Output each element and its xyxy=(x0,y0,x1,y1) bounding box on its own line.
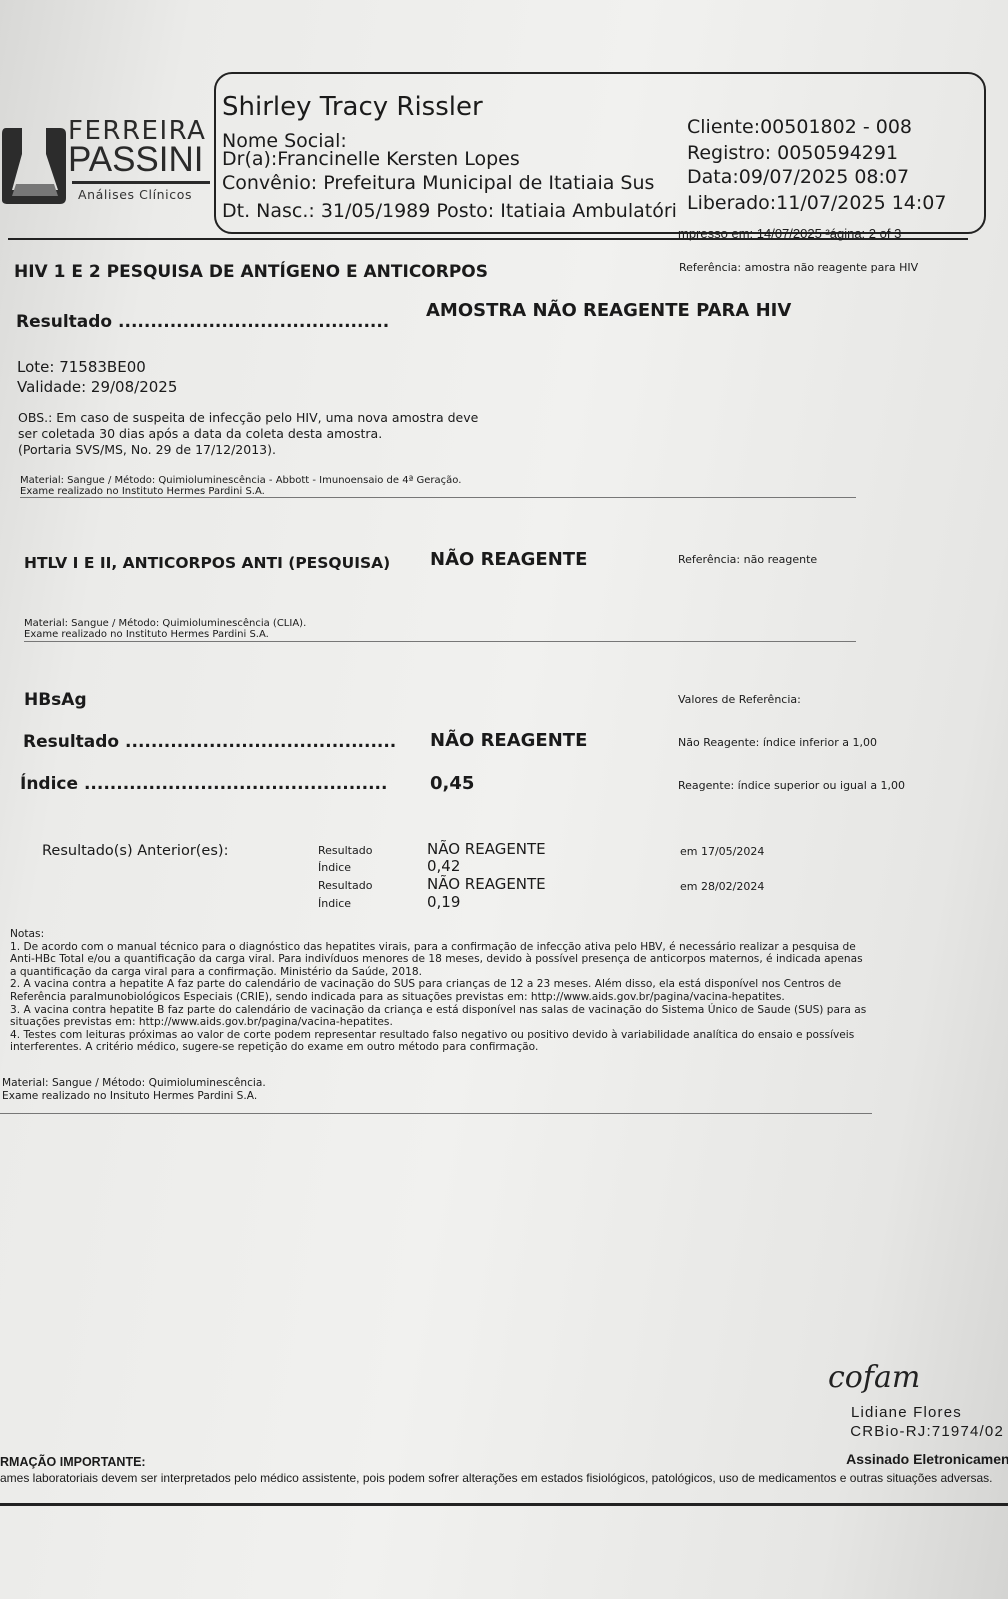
note-line: interferentes. A critério médico, sugere… xyxy=(10,1041,1000,1054)
signed-electronically: Assinado Eletronicamente xyxy=(846,1451,1008,1467)
htlv-title: HTLV I E II, ANTICORPOS ANTI (PESQUISA) xyxy=(24,554,390,572)
prev-index-label: Índice xyxy=(318,897,351,910)
prev-result-label: Resultado xyxy=(318,879,372,892)
hiv-result-label: Resultado ..............................… xyxy=(16,312,389,332)
hiv-obs-line: (Portaria SVS/MS, No. 29 de 17/12/2013). xyxy=(18,442,478,458)
note-line: 2. A vacina contra a hepatite A faz part… xyxy=(10,978,1000,991)
note-line: 4. Testes com leituras próximas ao valor… xyxy=(10,1029,1000,1042)
hbsag-index-label: Índice .................................… xyxy=(20,774,387,794)
hiv-validity: Validade: 29/08/2025 xyxy=(17,378,177,396)
client-id: Cliente:00501802 - 008 xyxy=(687,116,912,138)
signer-name: Lidiane Flores xyxy=(851,1404,962,1421)
footer-title: RMAÇÃO IMPORTANTE: xyxy=(0,1455,146,1469)
note-line: Anti-HBc Total e/ou a quantificação da c… xyxy=(10,953,1000,966)
hiv-material: Material: Sangue / Método: Quimiolumines… xyxy=(20,475,461,486)
collection-date: Data:09/07/2025 08:07 xyxy=(687,166,909,188)
flask-icon xyxy=(0,124,70,206)
prev-result-date: em 28/02/2024 xyxy=(680,880,764,893)
doctor: Dr(a):Francinelle Kersten Lopes xyxy=(222,148,520,170)
hbsag-material: Material: Sangue / Método: Quimiolumines… xyxy=(2,1077,266,1089)
htlv-material: Material: Sangue / Método: Quimiolumines… xyxy=(24,618,306,629)
prev-index-value: 0,42 xyxy=(427,857,460,875)
signature-scribble: cofam xyxy=(828,1360,920,1395)
birth-and-post: Dt. Nasc.: 31/05/1989 Posto: Itatiaia Am… xyxy=(222,200,677,222)
section-divider xyxy=(24,641,856,642)
release-date: Liberado:11/07/2025 14:07 xyxy=(687,192,946,214)
hbsag-result-value: NÃO REAGENTE xyxy=(430,730,587,751)
htlv-result-value: NÃO REAGENTE xyxy=(430,549,587,570)
hiv-obs-line: ser coletada 30 dias após a data da cole… xyxy=(18,426,478,442)
section-divider xyxy=(20,497,856,498)
hbsag-index-value: 0,45 xyxy=(430,773,474,794)
hiv-reference: Referência: amostra não reagente para HI… xyxy=(679,261,918,274)
brand-divider xyxy=(72,181,210,184)
note-line: Referência paraImunobiológicos Especiais… xyxy=(10,991,1000,1004)
hiv-title: HIV 1 E 2 PESQUISA DE ANTÍGENO E ANTICOR… xyxy=(14,262,488,282)
note-line: 3. A vacina contra hepatite B faz parte … xyxy=(10,1004,1000,1017)
htlv-reference: Referência: não reagente xyxy=(678,553,817,566)
note-line: situações previstas em: http://www.aids.… xyxy=(10,1016,1000,1029)
htlv-lab: Exame realizado no Instituto Hermes Pard… xyxy=(24,629,269,640)
hbsag-lab: Exame realizado no Insituto Hermes Pardi… xyxy=(2,1090,257,1102)
hbsag-notes: Notas: 1. De acordo com o manual técnico… xyxy=(10,928,1000,1054)
prev-result-value: NÃO REAGENTE xyxy=(427,840,546,858)
hiv-lot: Lote: 71583BE00 xyxy=(17,358,146,376)
prev-index-label: Índice xyxy=(318,861,351,874)
hiv-obs: OBS.: Em caso de suspeita de infecção pe… xyxy=(18,410,478,458)
notes-title: Notas: xyxy=(10,928,1000,941)
hbsag-ref-header: Valores de Referência: xyxy=(678,693,801,706)
section-divider xyxy=(0,1113,872,1114)
hbsag-ref-negative: Não Reagente: índice inferior a 1,00 xyxy=(678,736,877,749)
patient-name: Shirley Tracy Rissler xyxy=(222,92,483,122)
hbsag-title: HBsAg xyxy=(24,690,87,710)
footer-divider xyxy=(0,1503,1008,1506)
prev-result-date: em 17/05/2024 xyxy=(680,845,764,858)
printed-page-info: mpresso em: 14/07/2025 ²ágina: 2 of 3 xyxy=(678,226,901,241)
footer-text: ames laboratoriais devem ser interpretad… xyxy=(0,1471,993,1485)
previous-results-label: Resultado(s) Anterior(es): xyxy=(42,843,228,859)
brand-passini: PASSINI xyxy=(68,140,204,180)
hbsag-ref-positive: Reagente: índice superior ou igual a 1,0… xyxy=(678,779,905,792)
brand-subtitle: Análises Clínicos xyxy=(78,187,192,202)
hiv-result-value: AMOSTRA NÃO REAGENTE PARA HIV xyxy=(426,300,791,321)
prev-index-value: 0,19 xyxy=(427,893,460,911)
prev-result-label: Resultado xyxy=(318,844,372,857)
registry-id: Registro: 0050594291 xyxy=(687,142,898,164)
note-line: a quantificação da carga viral para a co… xyxy=(10,966,1000,979)
hbsag-result-label: Resultado ..............................… xyxy=(23,732,396,752)
note-line: 1. De acordo com o manual técnico para o… xyxy=(10,941,1000,954)
hiv-lab: Exame realizado no Instituto Hermes Pard… xyxy=(20,486,265,497)
convenio: Convênio: Prefeitura Municipal de Itatia… xyxy=(222,172,654,194)
signer-registry: CRBio-RJ:71974/02 xyxy=(850,1423,1004,1440)
prev-result-value: NÃO REAGENTE xyxy=(427,875,546,893)
hiv-obs-line: OBS.: Em caso de suspeita de infecção pe… xyxy=(18,410,478,426)
